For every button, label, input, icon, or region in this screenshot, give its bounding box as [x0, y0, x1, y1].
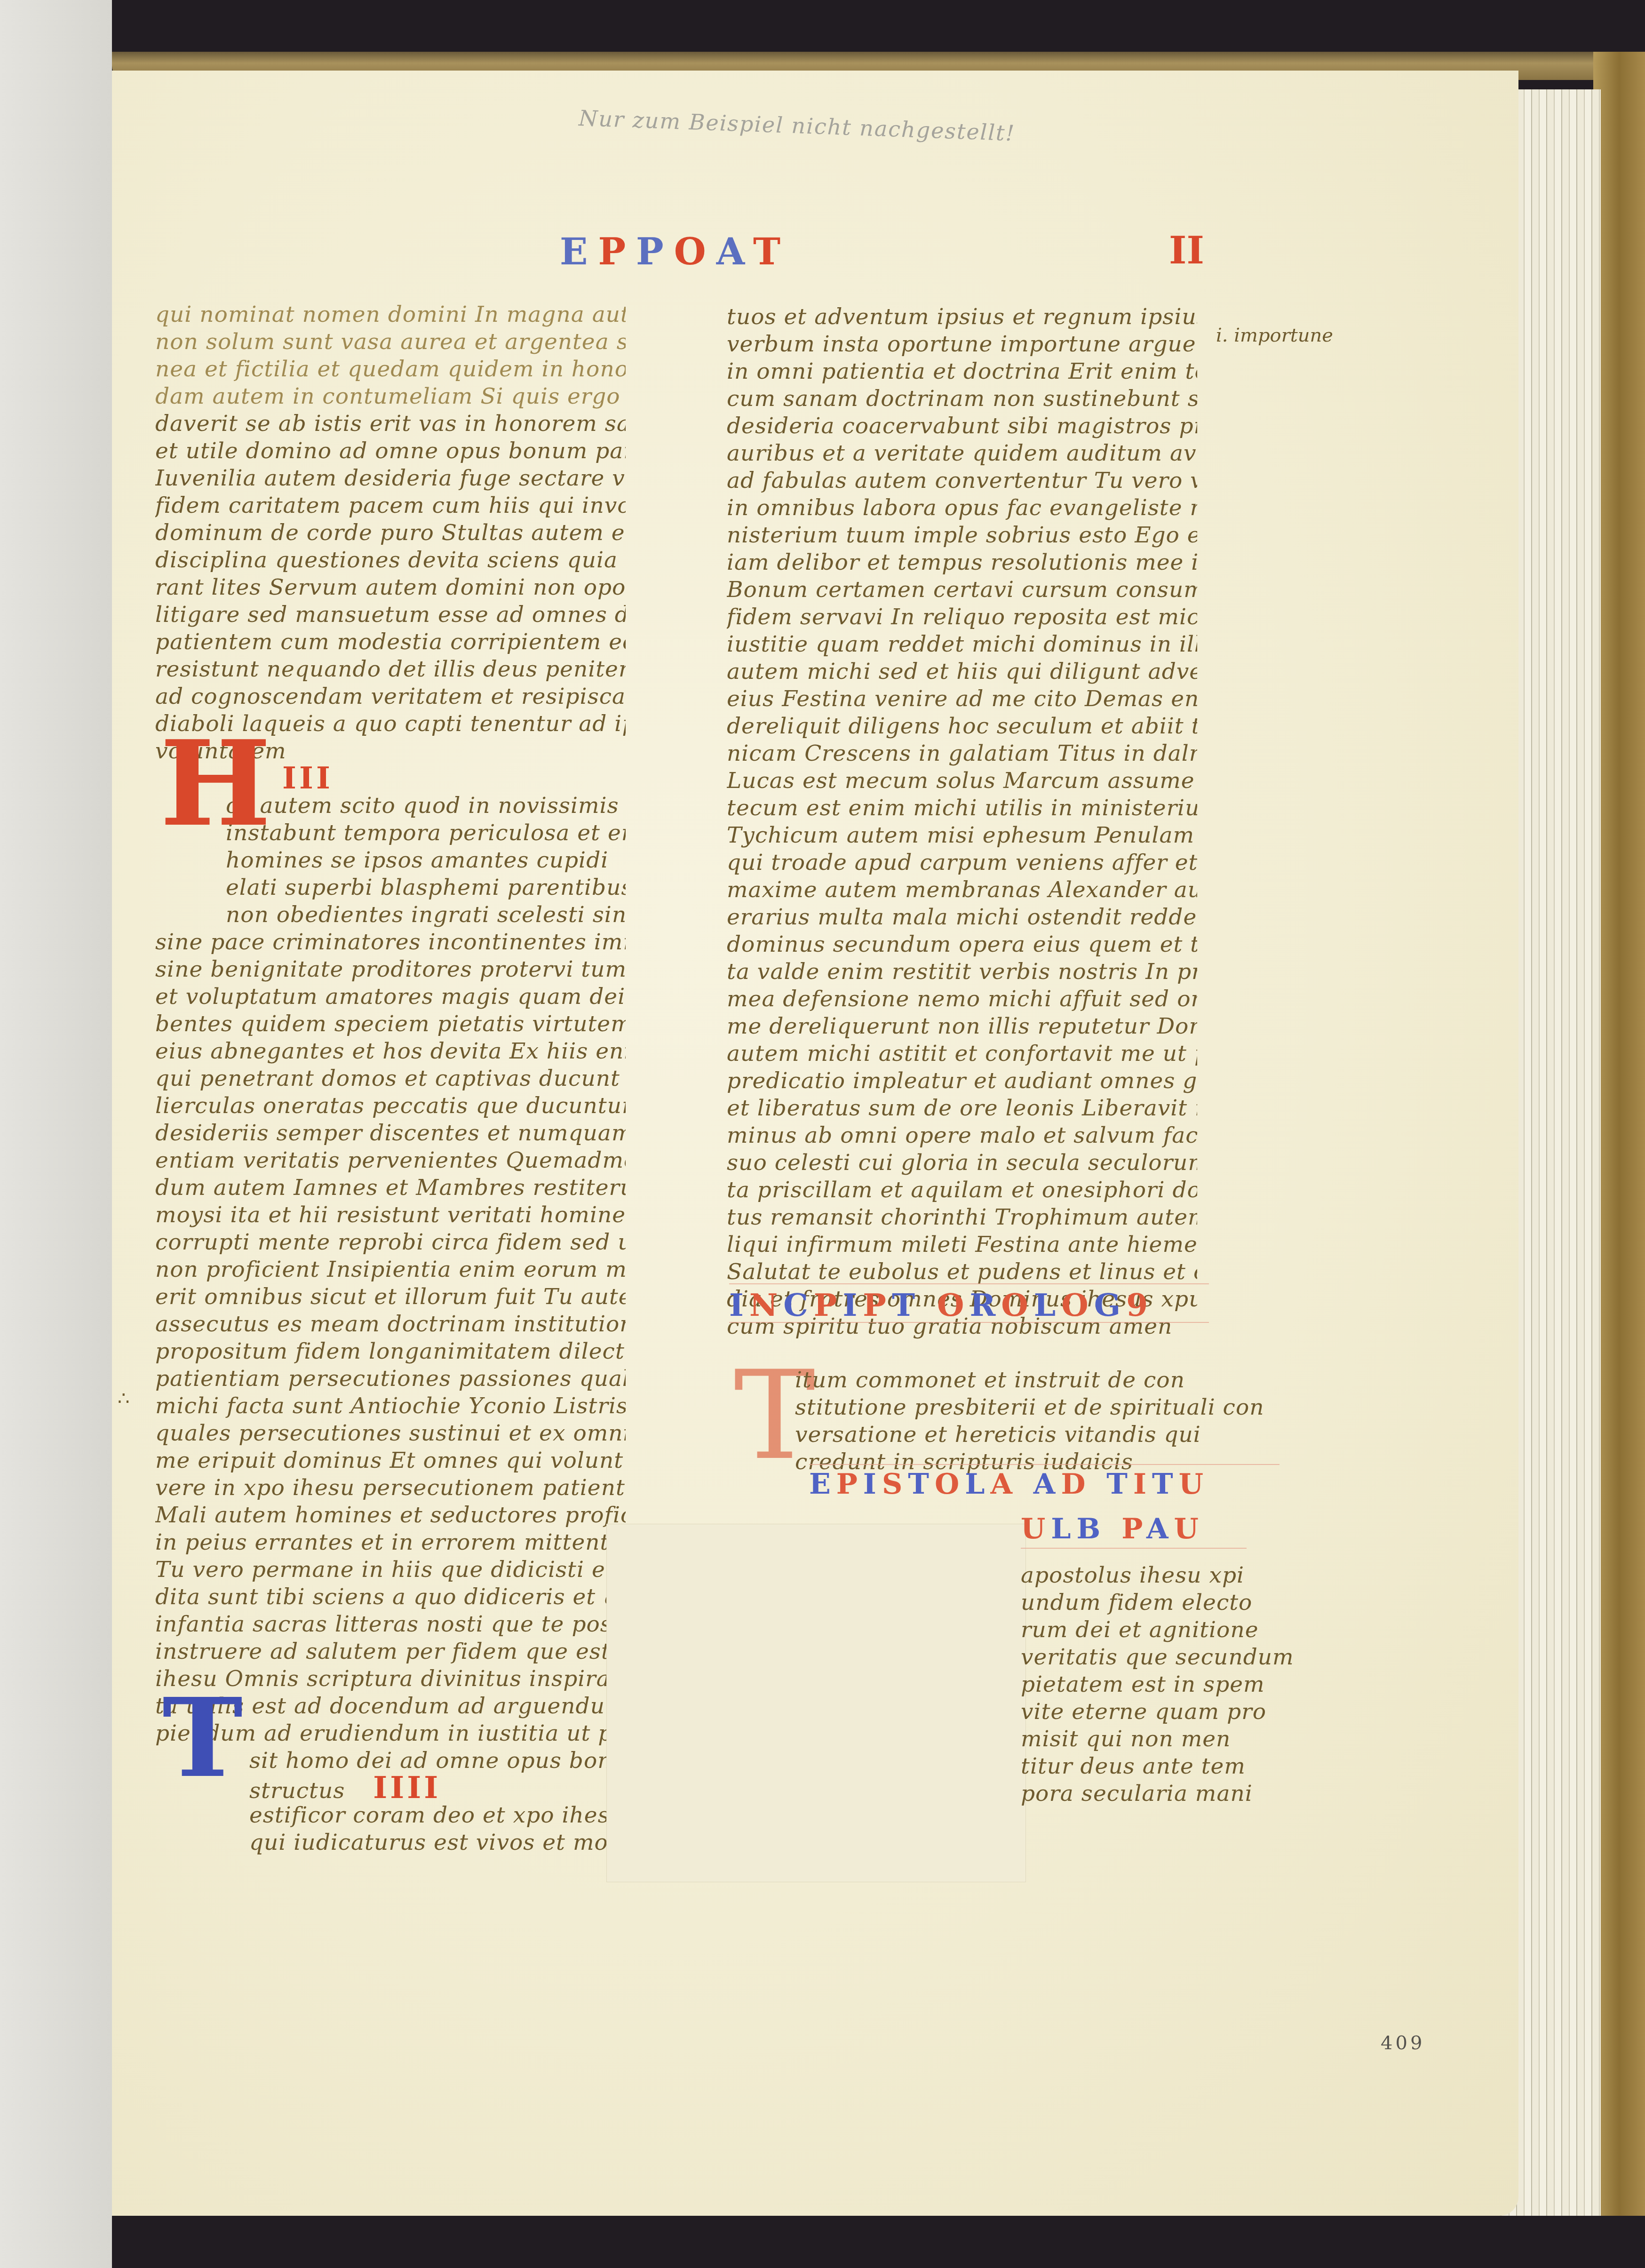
text-line: et utile domino ad omne opus bonum parat…: [155, 438, 626, 465]
text-line: propositum fidem longanimitatem dilectio…: [155, 1338, 626, 1365]
prologue-text: itum commonet et instruit de constitutio…: [795, 1367, 1264, 1476]
text-line: autem michi astitit et confortavit me ut…: [727, 1040, 1197, 1067]
running-title-letter: T: [753, 231, 791, 273]
text-line: moysi ita et hii resistunt veritati homi…: [155, 1202, 626, 1229]
text-line: dominum de corde puro Stultas autem et s…: [155, 519, 626, 547]
text-line: tus remansit chorinthi Trophimum autem r…: [727, 1204, 1197, 1231]
text-line: pietatem est in spem: [1021, 1671, 1294, 1698]
text-line: undum fidem electo: [1021, 1589, 1294, 1616]
text-line: mea defensione nemo michi affuit sed omn…: [727, 986, 1197, 1013]
text-line: dereliquit diligens hoc seculum et abiit…: [727, 713, 1197, 740]
text-line: ta priscillam et aquilam et onesiphori d…: [727, 1177, 1197, 1204]
rubric-ruling: [729, 1283, 1209, 1284]
running-title-letter: P: [636, 231, 674, 273]
text-line: elati superbi blasphemi parentibus: [155, 874, 626, 901]
text-line: versatione et hereticis vitandis qui: [795, 1421, 1264, 1448]
folio-number: 409: [1381, 2032, 1425, 2054]
decorated-initial-t: T: [162, 1684, 243, 1792]
text-line: ta valde enim restitit verbis nostris In…: [727, 958, 1197, 986]
text-line: fidem servavi In reliquo reposita est mi…: [727, 604, 1197, 631]
text-line: Lucas est mecum solus Marcum assume et a…: [727, 767, 1197, 795]
running-title-letter: O: [674, 231, 716, 273]
text-line: qui troade apud carpum veniens affer et …: [727, 849, 1197, 876]
text-line: dam autem in contumeliam Si quis ergo em…: [155, 383, 626, 410]
text-line: eius Festina venire ad me cito Demas eni…: [727, 685, 1197, 713]
text-line: desideriis semper discentes et numquam a…: [155, 1120, 626, 1147]
text-line: suo celesti cui gloria in secula seculor…: [727, 1149, 1197, 1177]
text-line: nea et fictilia et quedam quidem in hono…: [155, 356, 626, 383]
rubric-ruling: [809, 1464, 1279, 1465]
text-line: non obedientes ingrati scelesti sine aff…: [155, 901, 626, 929]
text-line: misit qui non men: [1021, 1726, 1294, 1753]
left-column: qui nominat nomen domini In magna autem …: [155, 301, 626, 1856]
text-line: patientiam persecutiones passiones quali…: [155, 1365, 626, 1393]
rubric-epistola-line2: ULB PAU: [1021, 1512, 1204, 1545]
binding-spine: [1593, 52, 1645, 2216]
text-line: tecum est enim michi utilis in ministeri…: [727, 795, 1197, 822]
text-line: apostolus ihesu xpi: [1021, 1562, 1294, 1589]
text-line: predicatio impleatur et audiant omnes ge…: [727, 1067, 1197, 1095]
marginal-gloss: i. importune: [1216, 325, 1333, 346]
text-line: corrupti mente reprobi circa fidem sed u…: [155, 1229, 626, 1256]
text-line: estificor coram deo et xpo ihesu: [155, 1802, 626, 1829]
text-line: vite eterne quam pro: [1021, 1698, 1294, 1726]
text-line: tuos et adventum ipsius et regnum ipsius…: [727, 303, 1197, 331]
margin-mark: ∴: [118, 1388, 129, 1409]
text-line: erarius multa mala michi ostendit reddet…: [727, 904, 1197, 931]
text-line: ad cognoscendam veritatem et resipiscant…: [155, 683, 626, 710]
text-line: entiam veritatis pervenientes Quemadmo: [155, 1147, 626, 1174]
text-line: Bonum certamen certavi cursum consummavi: [727, 576, 1197, 604]
text-line: bentes quidem speciem pietatis virtutem …: [155, 1011, 626, 1038]
text-line: daverit se ab istis erit vas in honorem …: [155, 410, 626, 438]
rubric-letter: N: [749, 1287, 783, 1323]
text-line: verbum insta oportune importune argue ob…: [727, 331, 1197, 358]
text-line: michi facta sunt Antiochie Yconio Listri…: [155, 1393, 626, 1420]
rubric-epistola-ad-titum: EPISTOLA AD TITU: [809, 1468, 1209, 1501]
text-line: non proficient Insipientia enim eorum ma…: [155, 1256, 626, 1283]
text-line: nicam Crescens in galatiam Titus in dalm…: [727, 740, 1197, 767]
rubric-letter: P: [863, 1287, 892, 1323]
text-line: auribus et a veritate quidem auditum ave…: [727, 440, 1197, 467]
running-title-letter: E: [560, 231, 598, 273]
text-line: infantia sacras litteras nosti que te po…: [155, 1611, 626, 1638]
text-line: in omni patientia et doctrina Erit enim …: [727, 358, 1197, 385]
text-line: stitutione presbiterii et de spirituali …: [795, 1394, 1264, 1421]
text-line: iam delibor et tempus resolutionis mee i…: [727, 549, 1197, 576]
text-line: instruere ad salutem per fidem que est i…: [155, 1638, 626, 1665]
text-line: qui nominat nomen domini In magna autem …: [155, 301, 626, 328]
chapter-marker-iii: III: [282, 765, 333, 792]
text-line: veritatis que secundum: [1021, 1644, 1294, 1671]
text-line: desideria coacervabunt sibi magistros pr…: [727, 413, 1197, 440]
running-title-letter: P: [598, 231, 636, 273]
chapter-number-top: II: [1169, 228, 1204, 272]
text-line: titur deus ante tem: [1021, 1753, 1294, 1780]
text-line: lierculas oneratas peccatis que ducuntur…: [155, 1092, 626, 1120]
rubric-letter: O: [937, 1287, 970, 1323]
text-line: disciplina questiones devita sciens quia…: [155, 547, 626, 574]
text-line: iustitie quam reddet michi dominus in il…: [727, 631, 1197, 658]
text-line: Mali autem homines et seductores profici…: [155, 1502, 626, 1529]
text-line: me dereliquerunt non illis reputetur Dom…: [727, 1013, 1197, 1040]
text-line: qui penetrant domos et captivas ducunt m…: [155, 1065, 626, 1092]
text-line: eius abnegantes et hos devita Ex hiis en…: [155, 1038, 626, 1065]
running-title: EPPOAT: [560, 231, 791, 273]
text-line: litigare sed mansuetum esse ad omnes doc…: [155, 601, 626, 629]
text-line: rum dei et agnitione: [1021, 1616, 1294, 1644]
text-line: ad fabulas autem convertentur Tu vero vi…: [727, 467, 1197, 494]
rubric-letter: P: [814, 1287, 843, 1323]
text-line: in peius errantes et in errorem mittente…: [155, 1529, 626, 1556]
decorated-initial-h: H: [160, 724, 271, 842]
text-line: non solum sunt vasa aurea et argentea se…: [155, 328, 626, 356]
rubric-letter: I: [729, 1287, 749, 1323]
text-line: maxime autem membranas Alexander autem: [727, 876, 1197, 904]
text-line: rant lites Servum autem domini non oport…: [155, 574, 626, 601]
text-line: Salutat te eubolus et pudens et linus et…: [727, 1258, 1197, 1286]
rubric-letter: C: [783, 1287, 814, 1323]
chapter-marker-iiii: IIII: [373, 1775, 441, 1802]
text-line: quales persecutiones sustinui et ex omni…: [155, 1420, 626, 1447]
text-line: sine benignitate proditores protervi tum…: [155, 956, 626, 983]
rubric-incipit-prologus: INCPIPT OROLOG9: [729, 1287, 1153, 1323]
vellum-repair-patch: [607, 1524, 1025, 1882]
text-line: dita sunt tibi sciens a quo didiceris et…: [155, 1584, 626, 1611]
text-line: autem michi sed et hiis qui diligunt adv…: [727, 658, 1197, 685]
text-line: erit omnibus sicut et illorum fuit Tu au…: [155, 1283, 626, 1311]
rubric-letter: O: [1001, 1287, 1034, 1323]
text-line: sine pace criminatores incontinentes imm…: [155, 929, 626, 956]
text-line: vere in xpo ihesu persecutionem patientu…: [155, 1474, 626, 1502]
text-line: pora secularia mani: [1021, 1780, 1294, 1807]
facing-page-edge: [0, 0, 112, 2268]
text-line: dominus secundum opera eius quem et tu d…: [727, 931, 1197, 958]
text-line: Tu vero permane in hiis que didicisti et…: [155, 1556, 626, 1584]
right-column: tuos et adventum ipsius et regnum ipsius…: [727, 303, 1197, 1340]
text-line: cum sanam doctrinam non sustinebunt sed …: [727, 385, 1197, 413]
text-line: in omnibus labora opus fac evangeliste m…: [727, 494, 1197, 522]
text-line: Iuvenilia autem desideria fuge sectare v…: [155, 465, 626, 492]
text-line: et liberatus sum de ore leonis Liberavit…: [727, 1095, 1197, 1122]
text-line: et voluptatum amatores magis quam dei ha: [155, 983, 626, 1011]
running-title-letter: A: [716, 231, 753, 273]
text-line: Tychicum autem misi ephesum Penulam quam…: [727, 822, 1197, 849]
text-line: nisterium tuum imple sobrius esto Ego en…: [727, 522, 1197, 549]
rubric-ruling: [1021, 1548, 1247, 1549]
text-line: itum commonet et instruit de con: [795, 1367, 1264, 1394]
text-line: patientem cum modestia corripientem eos …: [155, 629, 626, 656]
rubric-letter: I: [842, 1287, 863, 1323]
epistle-to-titus-text: apostolus ihesu xpiundum fidem electorum…: [1021, 1562, 1294, 1807]
text-line: me eripuit dominus Et omnes qui volunt p…: [155, 1447, 626, 1474]
text-line: fidem caritatem pacem cum hiis qui invoc…: [155, 492, 626, 519]
text-line: dum autem Iamnes et Mambres restiterunt: [155, 1174, 626, 1202]
text-line: qui iudicaturus est vivos et mor: [155, 1829, 626, 1856]
text-line: minus ab omni opere malo et salvum facie…: [727, 1122, 1197, 1149]
text-line: resistunt nequando det illis deus penite…: [155, 656, 626, 683]
text-line: liqui infirmum mileti Festina ante hieme…: [727, 1231, 1197, 1258]
rubric-letter: T: [892, 1287, 921, 1323]
text-line: assecutus es meam doctrinam institutione…: [155, 1311, 626, 1338]
